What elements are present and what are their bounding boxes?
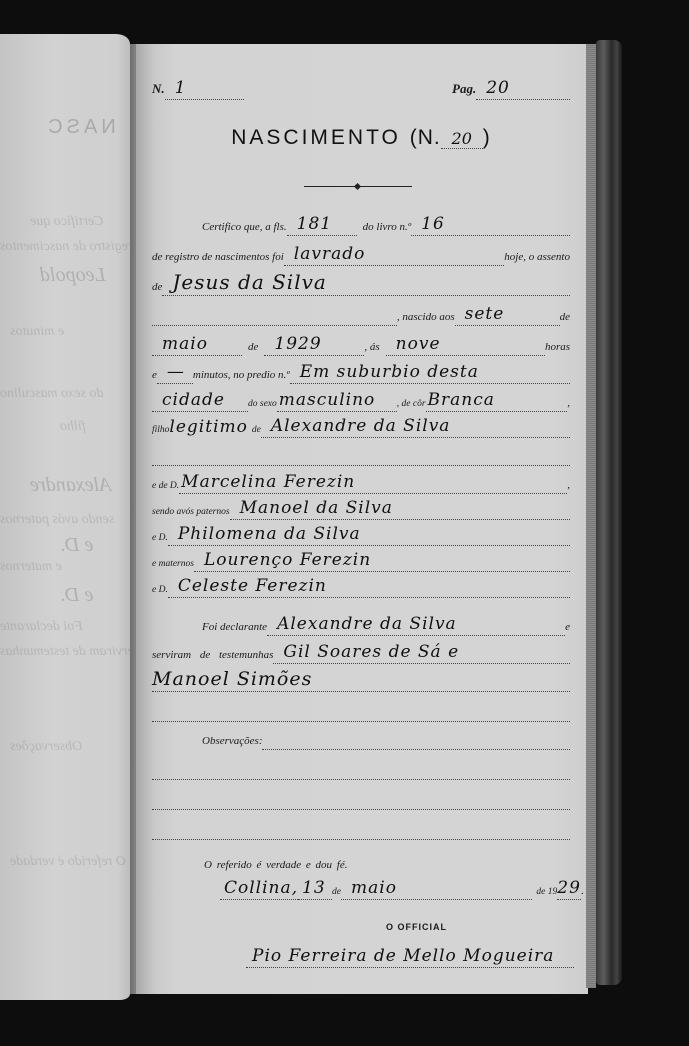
ghost-line: de registro de nascimentos [0, 239, 130, 255]
entry-number-field: 1 [165, 73, 244, 100]
entry-number: N. 1 [152, 74, 244, 100]
closing-statement: O referido é verdade e dou fé. [204, 848, 570, 874]
witness-field: Gil Soares de Sá e [273, 637, 570, 664]
paternal-grandmother-field: Philomena da Silva [168, 519, 570, 546]
filho-line: filho legitimo de Alexandre da Silva [152, 412, 570, 438]
official-signature: Pio Ferreira de Mello Mogueira [246, 935, 574, 968]
page-number: Pag. 20 [452, 74, 570, 100]
fls-field: 181 [287, 209, 357, 236]
ghost-line: filho [60, 419, 86, 435]
paternal-grandfather-field: Manoel da Silva [230, 493, 570, 520]
child-name-field: Jesus da Silva [162, 269, 570, 296]
birth-day-field: sete [455, 299, 560, 326]
document-title: NASCIMENTO (N.20) [136, 126, 588, 150]
title-num-value: 20 [441, 129, 483, 149]
sexo-cor-line: cidade do sexo masculino , de côr Branca… [152, 386, 570, 412]
title-text: NASCIMENTO [231, 126, 401, 149]
ornament-divider [304, 186, 412, 187]
book-spine [596, 40, 622, 985]
ghost-title: NASC [30, 116, 130, 139]
date-day-field: 13 [298, 873, 332, 900]
ghost-line: sendo avós paternos [0, 512, 114, 528]
sexo-field: masculino [277, 385, 397, 412]
observacoes-line: Observações: [202, 724, 570, 750]
observacoes-field [262, 723, 570, 750]
paternal-grandmother-line: e D. Philomena da Silva [152, 520, 570, 546]
facing-page: NASC Certifico que de registro de nascim… [0, 34, 130, 1000]
cor-field: Branca [426, 385, 568, 412]
filiation-value: legitimo [169, 417, 247, 438]
official-label: O OFFICIAL [386, 922, 447, 932]
date-month-field: maio [341, 873, 532, 900]
signature-line: Pio Ferreira de Mello Mogueira [246, 936, 574, 968]
place-field: Collina, [220, 873, 298, 900]
mother-field: Marcelina Ferezin [179, 467, 567, 494]
ghost-line: e maternos [0, 559, 62, 575]
witness-field-2: Manoel Simões [152, 665, 570, 692]
birth-month-field: maio [152, 329, 242, 356]
predio-field: Em suburbio desta [290, 357, 570, 384]
birth-year-field: 1929 [264, 329, 364, 356]
father-field: Alexandre da Silva [261, 411, 570, 438]
testemunhas-line: serviram de testemunhas Gil Soares de Sá… [152, 638, 570, 664]
date-year-field: 29 [557, 873, 581, 900]
testemunhas-line-2: Manoel Simões [152, 666, 570, 692]
predio-field-cont: cidade [152, 385, 248, 412]
ghost-line: Certifico que [30, 214, 104, 230]
ghost-line: e minutos [10, 324, 64, 340]
ghost-line: O referido é verdade [10, 854, 126, 870]
livro-field: 16 [411, 209, 570, 236]
observacoes-line-3 [152, 784, 570, 810]
maternal-grandmother-field: Celeste Ferezin [168, 571, 570, 598]
registro-field: lavrado [284, 239, 505, 266]
registro-line: de registro de nascimentos foi lavrado h… [152, 240, 570, 266]
ghost-line: Leopold [40, 264, 106, 287]
ghost-line: e D. [60, 584, 93, 607]
page-edges [586, 44, 596, 988]
ghost-line: e D. [60, 534, 93, 557]
certifico-line: Certifico que, a fls. 181 do livro n.º 1… [202, 210, 570, 236]
page-number-field: 20 [476, 73, 570, 100]
date-time-line: maio de 1929 , ás nove horas [152, 330, 570, 356]
nascido-line: , nascido aos sete de [152, 300, 570, 326]
birth-hour-field: nove [386, 329, 545, 356]
observacoes-line-4 [152, 814, 570, 840]
minutes-line: e — minutos, no predio n.º Em suburbio d… [152, 358, 570, 384]
birth-minutes-field: — [157, 357, 193, 384]
ghost-line: do sexo masculino [0, 386, 103, 402]
title-num-prefix: (N. [410, 126, 441, 149]
declarante-field: Alexandre da Silva [267, 609, 565, 636]
place-date-line: Collina, 13 de maio de 19 29 . [220, 874, 584, 900]
ghost-line: Observações [10, 739, 82, 755]
paternal-grandfather-line: sendo avós paternos Manoel da Silva [152, 494, 570, 520]
maternal-grandfather-field: Lourenço Ferezin [194, 545, 570, 572]
blank-line [152, 440, 570, 466]
ghost-line: serviram de testemunhas [0, 644, 130, 660]
ghost-line: Alexandre [30, 474, 111, 497]
declarante-line: Foi declarante Alexandre da Silva e [202, 610, 570, 636]
entry-number-label: N. [152, 81, 165, 100]
register-page: N. 1 Pag. 20 NASCIMENTO (N.20) Certifico… [136, 44, 588, 994]
maternal-grandmother-line: e D. Celeste Ferezin [152, 572, 570, 598]
ghost-line: Foi declarante [0, 619, 83, 635]
blank-line [152, 696, 570, 722]
name-line: de Jesus da Silva [152, 270, 570, 296]
maternal-grandfather-line: e maternos Lourenço Ferezin [152, 546, 570, 572]
page-number-label: Pag. [452, 81, 476, 100]
observacoes-line-2 [152, 754, 570, 780]
mother-line: e de D. Marcelina Ferezin , [152, 468, 570, 494]
